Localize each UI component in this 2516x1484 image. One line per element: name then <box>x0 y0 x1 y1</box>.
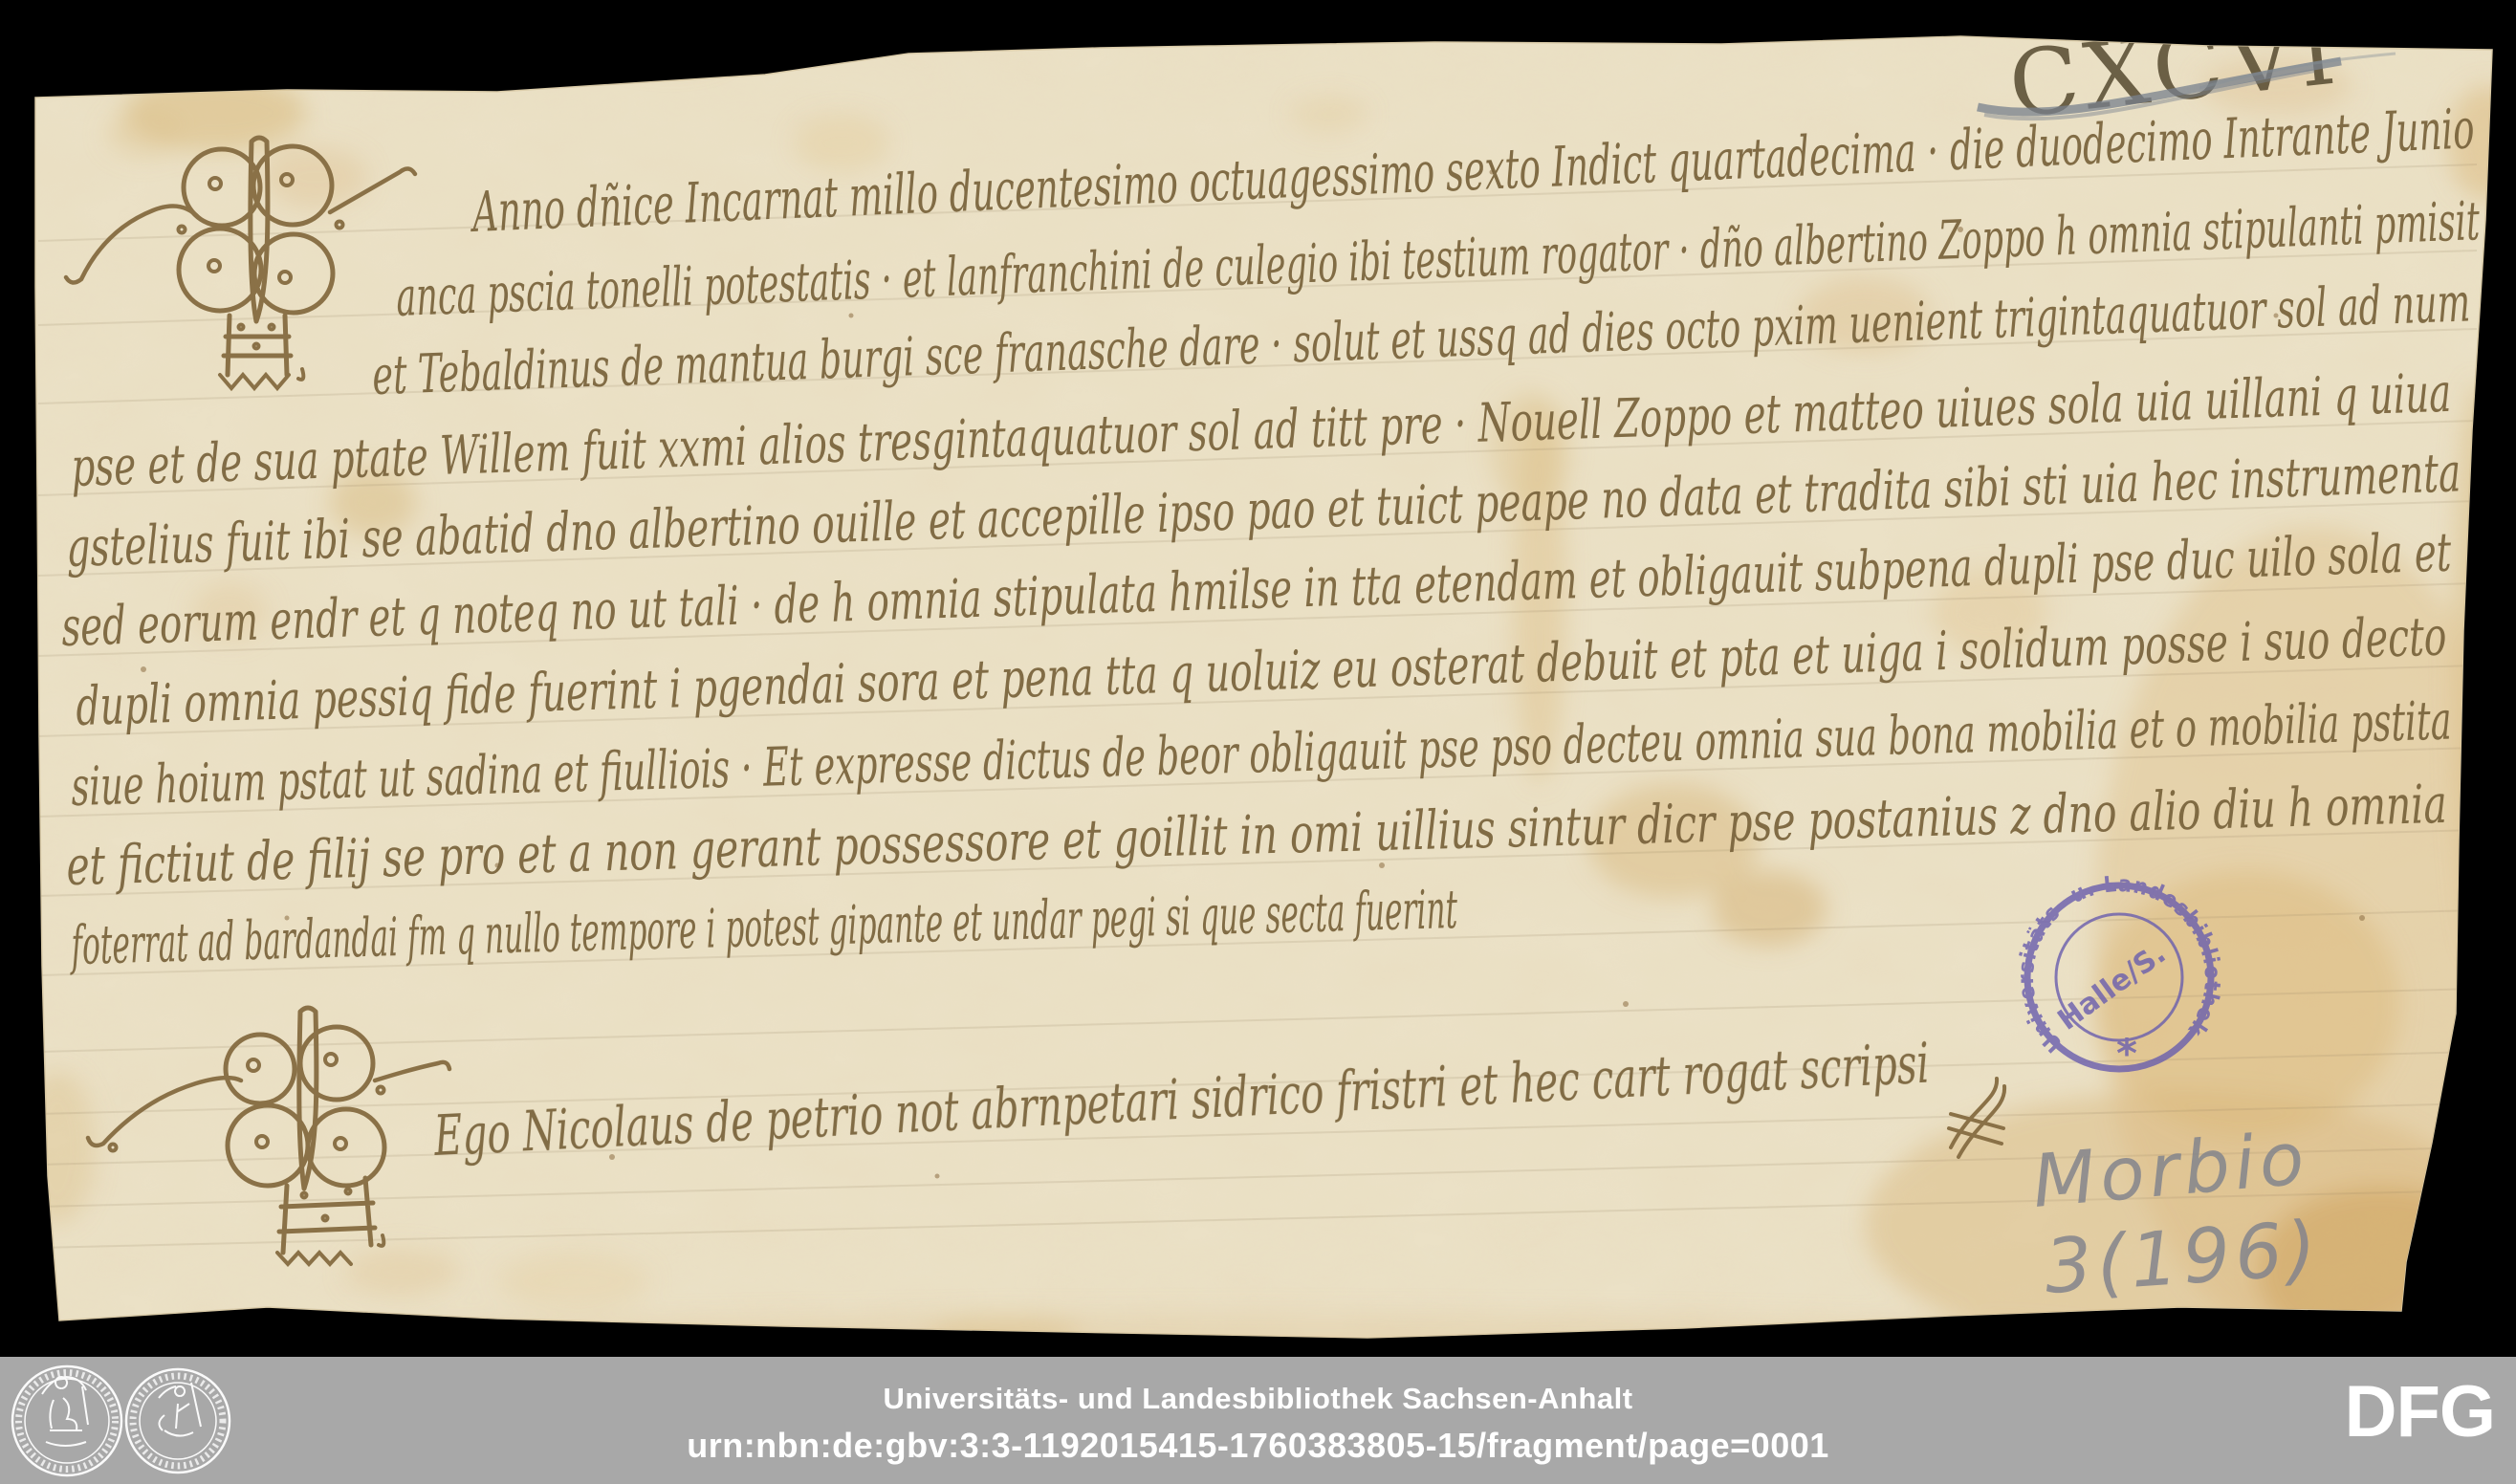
digitized-charter-page: Anno dñice Incarnat millo ducentesimo oc… <box>0 0 2516 1484</box>
parchment-detail: Anno dñice Incarnat millo ducentesimo oc… <box>19 0 2516 1357</box>
stamp-star-icon: * <box>2116 1030 2137 1077</box>
dfg-logo: DFG <box>2345 1370 2495 1453</box>
footer-bar: Universitäts- und Landesbibliothek Sachs… <box>0 1357 2516 1484</box>
scan-canvas: Anno dñice Incarnat millo ducentesimo oc… <box>0 0 2516 1357</box>
urn-identifier: urn:nbn:de:gbv:3:3-1192015415-1760383805… <box>0 1427 2516 1465</box>
footer-text-block: Universitäts- und Landesbibliothek Sachs… <box>0 1357 2516 1465</box>
institution-name: Universitäts- und Landesbibliothek Sachs… <box>0 1382 2516 1416</box>
